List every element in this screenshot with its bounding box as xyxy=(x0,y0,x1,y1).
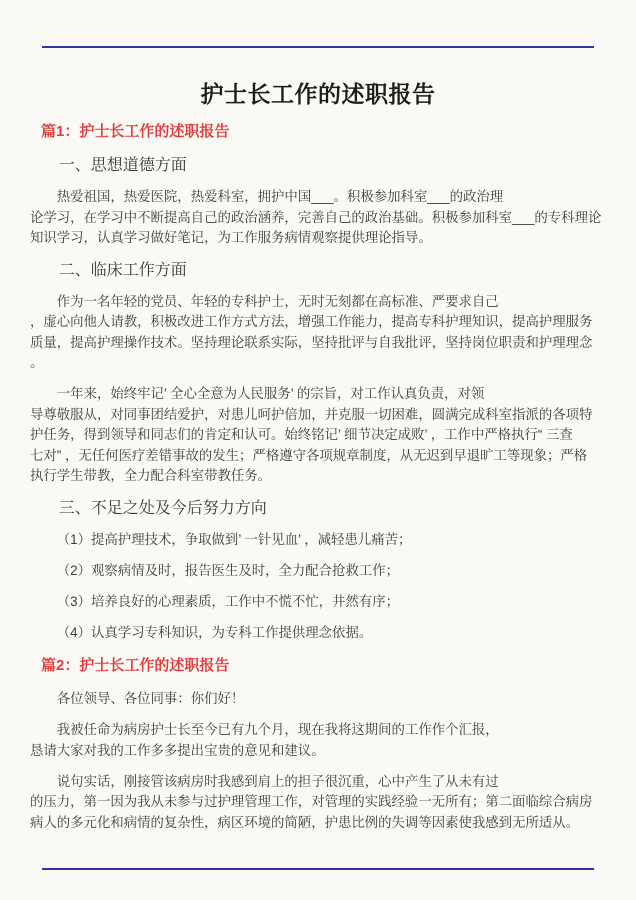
sub-heading-shortcomings: 三、不足之处及今后努力方向 xyxy=(30,498,606,519)
document-page: 护士长工作的述职报告 篇1：护士长工作的述职报告 一、思想道德方面 热爱祖国，热… xyxy=(0,0,636,900)
paragraph-clinical-1: 作为一名年轻的党员、年轻的专科护士，无时无刻都在高标准、严要求自己 ，虚心向他人… xyxy=(30,292,606,374)
bottom-divider-rule xyxy=(42,868,594,870)
paragraph-report-intro: 我被任命为病房护士长至今已有九个月，现在我将这期间的工作作个汇报， 恳请大家对我… xyxy=(30,720,606,761)
list-item-3: （3）培养良好的心理素质，工作中不慌不忙，井然有序； xyxy=(30,592,606,613)
paragraph-greeting: 各位领导、各位同事：你们好！ xyxy=(30,689,606,710)
top-divider-rule xyxy=(42,46,594,48)
list-item-4: （4）认真学习专科知识，为专科工作提供理念依据。 xyxy=(30,623,606,644)
document-title: 护士长工作的述职报告 xyxy=(30,79,606,109)
sub-heading-clinical: 二、临床工作方面 xyxy=(30,260,606,281)
list-item-2: （2）观察病情及时，报告医生及时，全力配合抢救工作； xyxy=(30,561,606,582)
paragraph-clinical-2: 一年来，始终牢记’ 全心全意为人民服务’ 的宗旨，对工作认真负责，对领 导尊敬服… xyxy=(30,384,606,487)
sub-heading-moral: 一、思想道德方面 xyxy=(30,155,606,176)
document-content: 护士长工作的述职报告 篇1：护士长工作的述职报告 一、思想道德方面 热爱祖国，热… xyxy=(30,79,606,844)
paragraph-moral: 热爱祖国，热爱医院，热爱科室，拥护中国___。积极参加科室___的政治理 论学习… xyxy=(30,187,606,249)
list-item-1: （1）提高护理技术，争取做到’ 一针见血’ ，减轻患儿痛苦； xyxy=(30,530,606,551)
section-2-heading: 篇2：护士长工作的述职报告 xyxy=(30,655,606,677)
paragraph-pressure: 说句实话，刚接管该病房时我感到肩上的担子很沉重，心中产生了从未有过 的压力，第一… xyxy=(30,772,606,834)
section-1-heading: 篇1：护士长工作的述职报告 xyxy=(30,121,606,143)
